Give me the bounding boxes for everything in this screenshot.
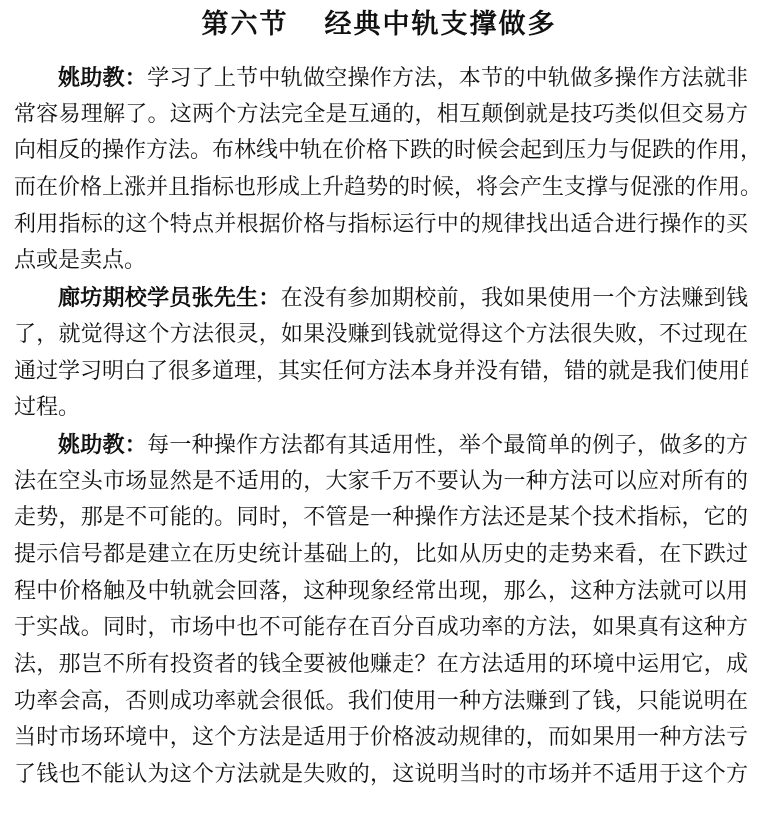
paragraph-2-line-2: 了，就觉得这个方法很灵，如果没赚到钱就觉得这个方法很失败，不过现在 <box>14 317 748 354</box>
text-line: 在没有参加期校前，我如果使用一个方法赚到钱 <box>281 286 748 311</box>
paragraph-3-line-9: 当时市场环境中，这个方法是适用于价格波动规律的，而如果用一种方法亏 <box>14 720 748 757</box>
paragraph-2-line-4: 过程。 <box>14 390 748 427</box>
paragraph-3-line-6: 于实战。同时，市场中也不可能存在百分百成功率的方法，如果真有这种方 <box>14 610 748 647</box>
paragraph-1-line-5: 利用指标的这个特点并根据价格与指标运行中的规律找出适合进行操作的买 <box>14 207 748 244</box>
text-line: 学习了上节中轨做空操作方法，本节的中轨做多操作方法就非 <box>147 66 748 91</box>
paragraph-2-line-1: 廊坊期校学员张先生：在没有参加期校前，我如果使用一个方法赚到钱 <box>14 280 748 317</box>
paragraph-3-line-7: 法，那岂不所有投资者的钱全要被他赚走？在方法适用的环境中运用它，成 <box>14 647 748 684</box>
paragraph-1-line-1: 姚助教：学习了上节中轨做空操作方法，本节的中轨做多操作方法就非 <box>14 60 748 97</box>
section-number: 第六节 <box>202 9 289 40</box>
paragraph-2-line-3: 通过学习明白了很多道理，其实任何方法本身并没有错，错的就是我们使用的 <box>14 354 748 391</box>
paragraph-1-line-2: 常容易理解了。这两个方法完全是互通的，相互颠倒就是技巧类似但交易方 <box>14 97 748 134</box>
paragraph-3-line-2: 法在空头市场显然是不适用的，大家千万不要认为一种方法可以应对所有的 <box>14 464 748 501</box>
speaker-label: 廊坊期校学员张先生： <box>58 285 281 311</box>
section-heading: 第六节经典中轨支撑做多 <box>0 6 758 44</box>
paragraph-3-line-5: 程中价格触及中轨就会回落，这种现象经常出现，那么，这种方法就可以用 <box>14 574 748 611</box>
paragraph-3-line-1: 姚助教：每一种操作方法都有其适用性，举个最简单的例子，做多的方 <box>14 427 748 464</box>
page-body: 姚助教：学习了上节中轨做空操作方法，本节的中轨做多操作方法就非 常容易理解了。这… <box>14 60 748 794</box>
paragraph-1-line-6: 点或是卖点。 <box>14 243 748 280</box>
paragraph-3-line-4: 提示信号都是建立在历史统计基础上的，比如从历史的走势来看，在下跌过 <box>14 537 748 574</box>
section-title: 经典中轨支撑做多 <box>325 9 557 40</box>
paragraph-3-line-8: 功率会高，否则成功率就会很低。我们使用一种方法赚到了钱，只能说明在 <box>14 684 748 721</box>
text-line: 每一种操作方法都有其适用性，举个最简单的例子，做多的方 <box>147 433 748 458</box>
speaker-label: 姚助教： <box>58 432 147 458</box>
paragraph-1-line-4: 而在价格上涨并且指标也形成上升趋势的时候，将会产生支撑与促涨的作用。 <box>14 170 748 207</box>
paragraph-1-line-3: 向相反的操作方法。布林线中轨在价格下跌的时候会起到压力与促跌的作用， <box>14 133 748 170</box>
paragraph-3-line-3: 走势，那是不可能的。同时，不管是一种操作方法还是某个技术指标，它的 <box>14 500 748 537</box>
paragraph-3-line-10: 了钱也不能认为这个方法就是失败的，这说明当时的市场并不适用于这个方 <box>14 757 748 794</box>
speaker-label: 姚助教： <box>58 65 147 91</box>
